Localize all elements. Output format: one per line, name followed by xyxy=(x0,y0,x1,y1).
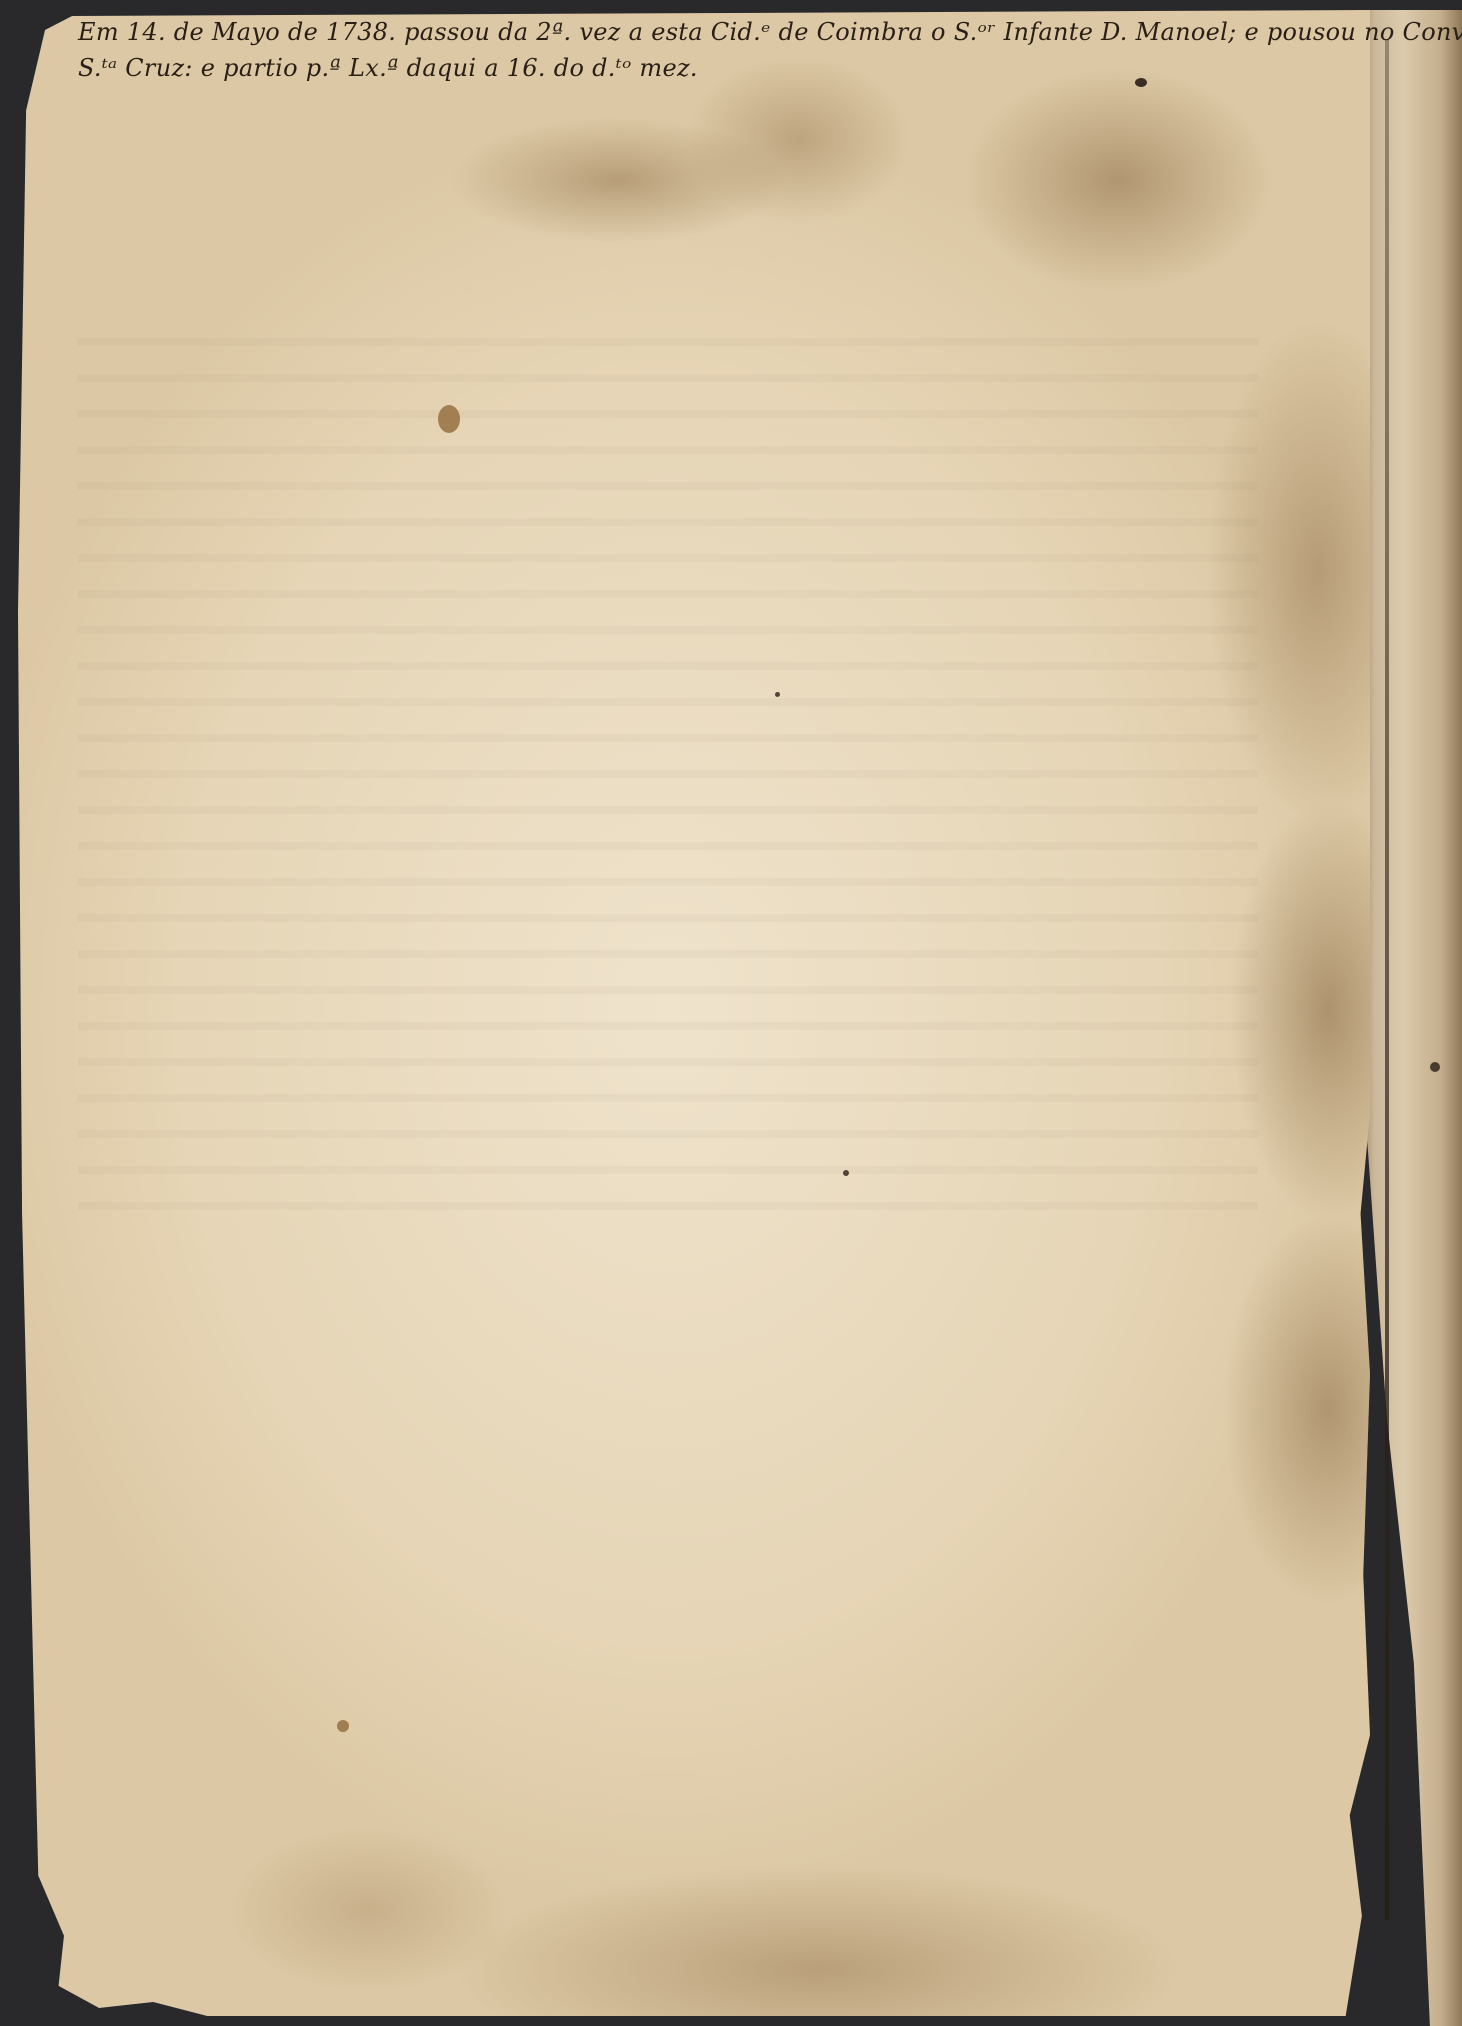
foxing-spot xyxy=(438,405,460,433)
annotation-line-1: Em 14. de Mayo de 1738. passou da 2ª. ve… xyxy=(78,14,1358,50)
foxing-spot xyxy=(775,692,780,697)
foxing-spot xyxy=(1430,1062,1440,1072)
foxing-spot xyxy=(337,1720,349,1732)
facing-page-edge xyxy=(1355,10,1462,2026)
bleed-through-text xyxy=(78,310,1258,1210)
binding-gutter xyxy=(1385,40,1389,1920)
manuscript-scan: Em 14. de Mayo de 1738. passou da 2ª. ve… xyxy=(0,0,1462,2026)
manuscript-folio xyxy=(18,10,1370,2016)
foxing-spot xyxy=(843,1170,849,1176)
foxing-spot xyxy=(1135,78,1147,87)
handwritten-annotation: Em 14. de Mayo de 1738. passou da 2ª. ve… xyxy=(78,14,1358,86)
annotation-line-2: S.ᵗᵃ Cruz: e partio p.ª Lx.ª daqui a 16.… xyxy=(78,50,1358,86)
